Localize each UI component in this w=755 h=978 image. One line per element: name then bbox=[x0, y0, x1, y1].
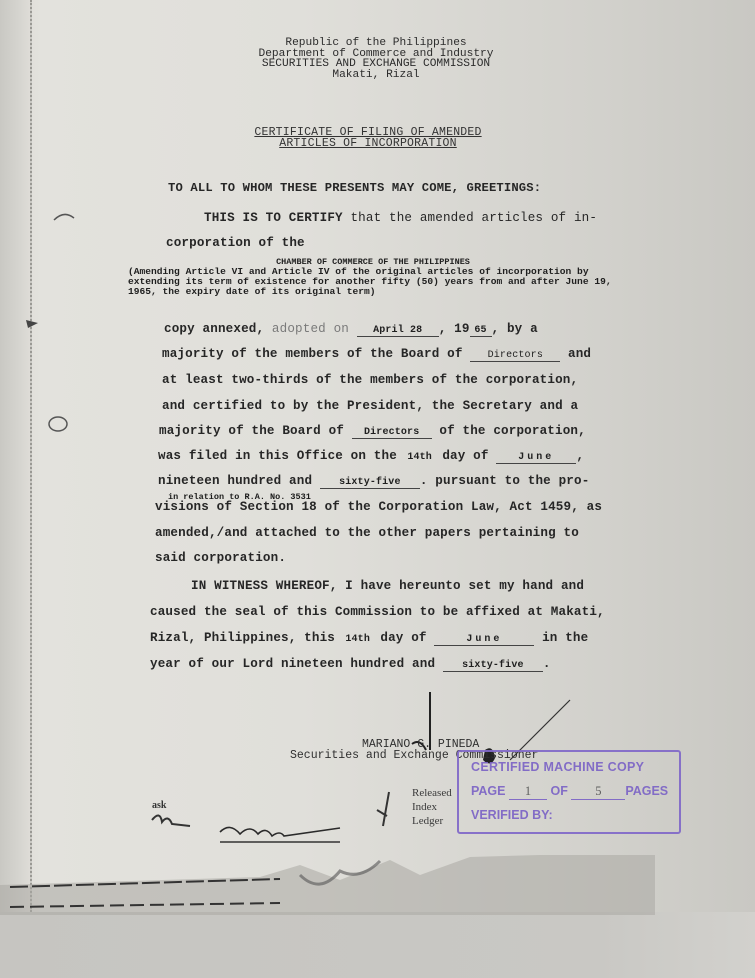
release-block: Released Index Ledger bbox=[412, 786, 452, 828]
witness-line-2: caused the seal of this Commission to be… bbox=[150, 605, 605, 619]
body-line-1: copy annexed, adopted on April 28, 1965,… bbox=[164, 322, 538, 337]
body-line-10: said corporation. bbox=[155, 551, 286, 565]
amendment-note: (Amending Article VI and Article IV of t… bbox=[128, 267, 618, 297]
body-line-3: at least two-thirds of the members of th… bbox=[162, 373, 578, 387]
stamp-verified-row: VERIFIED BY: bbox=[471, 808, 553, 822]
corporation-block: CHAMBER OF COMMERCE OF THE PHILIPPINES (… bbox=[128, 257, 618, 297]
background-surface bbox=[0, 912, 755, 978]
witness-month: June bbox=[434, 634, 534, 646]
witness-line-4: year of our Lord nineteen hundred and si… bbox=[150, 657, 551, 672]
margin-mark-icon bbox=[26, 318, 40, 330]
document-title: CERTIFICATE OF FILING OF AMENDED ARTICLE… bbox=[238, 127, 498, 149]
check-mark-icon bbox=[375, 790, 395, 830]
witness-line-3: Rizal, Philippines, this 14th day of Jun… bbox=[150, 631, 588, 646]
body-line-9: amended,/and attached to the other paper… bbox=[155, 526, 579, 540]
body-line-6: was filed in this Office on the 14th day… bbox=[158, 449, 584, 464]
certified-copy-stamp: CERTIFIED MACHINE COPY PAGE 1 OF 5PAGES … bbox=[457, 750, 681, 834]
letterhead-location: Makati, Rizal bbox=[226, 70, 526, 81]
witness-day: 14th bbox=[343, 634, 373, 645]
letterhead-republic: Republic of the Philippines bbox=[226, 38, 526, 49]
letterhead: Republic of the Philippines Department o… bbox=[226, 38, 526, 80]
damaged-paper-edge bbox=[0, 855, 655, 915]
witness-year-words: sixty-five bbox=[443, 660, 543, 672]
handwritten-insert: in relation to R.A. No. 3531 bbox=[168, 492, 311, 502]
body-line-2: majority of the members of the Board of … bbox=[162, 347, 591, 362]
filed-month: June bbox=[496, 452, 576, 464]
stamp-total-pages: 5 bbox=[571, 784, 625, 800]
letterhead-commission: SECURITIES AND EXCHANGE COMMISSION bbox=[226, 59, 526, 70]
witness-line-1: IN WITNESS WHEREOF, I have hereunto set … bbox=[191, 579, 584, 593]
body-line-4: and certified to by the President, the S… bbox=[162, 399, 578, 413]
body-line-5: majority of the Board of Directors of th… bbox=[159, 424, 586, 439]
title-line-2: ARTICLES OF INCORPORATION bbox=[238, 138, 498, 149]
certify-rest: that the amended articles of in- bbox=[343, 211, 597, 225]
stamp-page-row: PAGE 1 OF 5PAGES bbox=[471, 784, 668, 800]
punch-hole-icon bbox=[50, 210, 80, 226]
board-name-2: Directors bbox=[352, 427, 432, 439]
filed-year-words: sixty-five bbox=[320, 477, 420, 489]
body-line-7: nineteen hundred and sixty-five. pursuan… bbox=[158, 474, 589, 489]
greeting: TO ALL TO WHOM THESE PRESENTS MAY COME, … bbox=[168, 181, 541, 195]
stamp-page-number: 1 bbox=[509, 784, 547, 800]
board-name-1: Directors bbox=[470, 350, 560, 362]
adopted-date: April 28 bbox=[357, 325, 439, 337]
stamp-title: CERTIFIED MACHINE COPY bbox=[471, 760, 644, 774]
body-line-8: visions of Section 18 of the Corporation… bbox=[155, 500, 602, 514]
adopted-year: 65 bbox=[470, 325, 492, 337]
corporation-of-line: corporation of the bbox=[166, 236, 305, 250]
filed-day: 14th bbox=[405, 452, 435, 463]
certify-bold: THIS IS TO CERTIFY bbox=[204, 211, 343, 225]
punch-hole-icon bbox=[46, 414, 70, 434]
handwritten-initials-icon bbox=[150, 810, 350, 850]
certify-line: THIS IS TO CERTIFY that the amended arti… bbox=[204, 211, 597, 225]
page-edge-shadow bbox=[0, 0, 32, 912]
